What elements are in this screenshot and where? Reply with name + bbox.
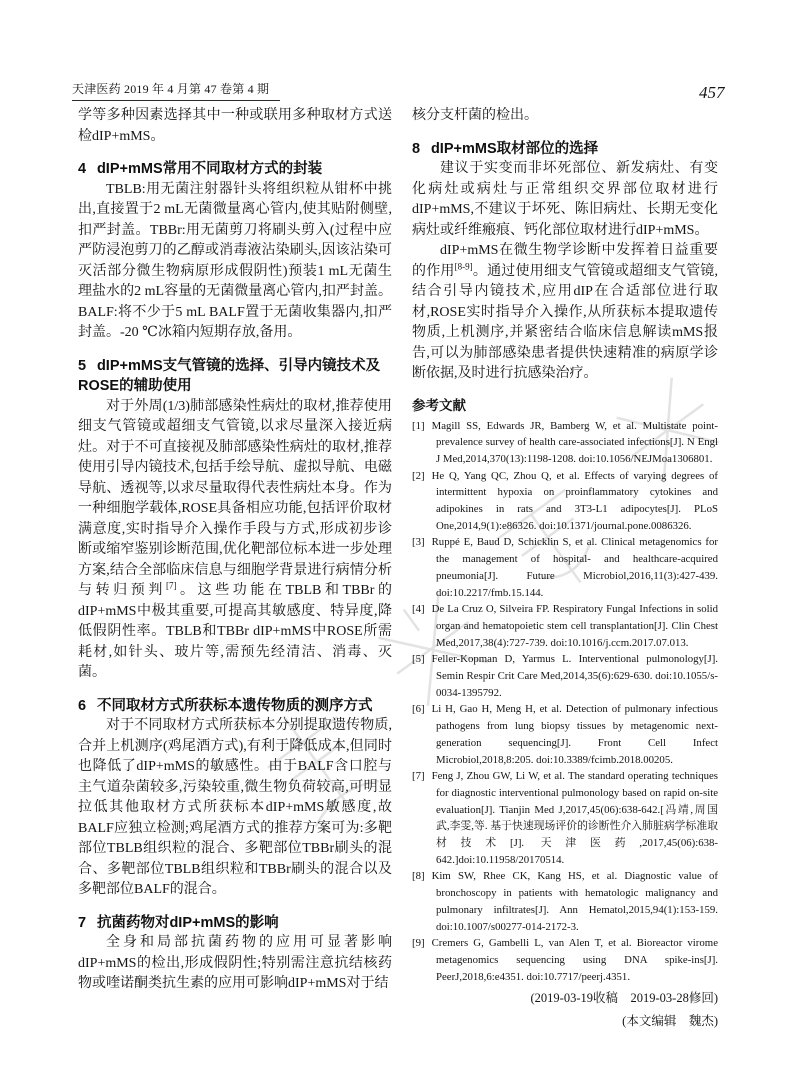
section-8-heading: 8dIP+mMS取材部位的选择 (412, 139, 718, 160)
reference-text: Ruppé E, Baud D, Schicklin S, et al. Cli… (432, 536, 718, 598)
reference-label: [2] (412, 470, 425, 482)
section-5-number: 5 (78, 358, 86, 374)
section-8-number: 8 (412, 141, 420, 157)
reference-label: [4] (412, 603, 425, 615)
reference-label: [7] (412, 770, 425, 782)
reference-item: [7]Feng J, Zhou GW, Li W, et al. The sta… (412, 768, 718, 868)
references-title: 参考文献 (412, 397, 718, 415)
reference-item: [2]He Q, Yang QC, Zhou Q, et al. Effects… (412, 468, 718, 535)
editor-note: (本文编辑 魏杰) (412, 1011, 718, 1031)
right-column: 核分支杆菌的检出。 8dIP+mMS取材部位的选择 建议于实变而非坏死部位、新发… (412, 106, 718, 1031)
reference-text: Feller-Kopman D, Yarmus L. Interventiona… (432, 653, 718, 698)
reference-text: De La Cruz O, Silveira FP. Respiratory F… (432, 603, 718, 648)
reference-label: [1] (412, 420, 425, 432)
section-5-heading: 5dIP+mMS支气管镜的选择、引导内镜技术及ROSE的辅助使用 (78, 356, 392, 397)
section-5-text: 对于外周(1/3)肺部感染性病灶的取材,推荐使用细支气管镜或超细支气管镜,以求尽… (78, 399, 392, 599)
section-6-paragraph: 对于不同取材方式所获标本分别提取遗传物质,合并上机测序(鸡尾酒方式),有利于降低… (78, 716, 392, 901)
reference-text: Feng J, Zhou GW, Li W, et al. The standa… (432, 770, 718, 866)
section-8-paragraph-1: 建议于实变而非坏死部位、新发病灶、有变化病灶或病灶与正常组织交界部位取材进行dI… (412, 159, 718, 241)
journal-header: 天津医药 2019 年 4 月第 47 卷第 4 期 (72, 80, 280, 101)
received-revised-dates: (2019-03-19收稿 2019-03-28修回) (412, 988, 718, 1008)
reference-text: He Q, Yang QC, Zhou Q, et al. Effects of… (432, 470, 718, 532)
reference-text: Cremers G, Gambelli L, van Alen T, et al… (432, 937, 718, 982)
section-8-text-cont: 。通过使用细支气管镜或超细支气管镜,结合引导内镜技术,应用dIP在合适部位进行取… (412, 264, 718, 382)
section-5-paragraph: 对于外周(1/3)肺部感染性病灶的取材,推荐使用细支气管镜或超细支气管镜,以求尽… (78, 397, 392, 684)
section-4-heading: 4dIP+mMS常用不同取材方式的封装 (78, 159, 392, 180)
reference-text: Magill SS, Edwards JR, Bamberg W, et al.… (432, 420, 718, 465)
journal-page: 天津医药 2019 年 4 月第 47 卷第 4 期 457 学等多种因素选择其… (0, 0, 793, 1077)
section-7-heading: 7抗菌药物对dIP+mMS的影响 (78, 913, 392, 934)
section-6-title: 不同取材方式所获标本遗传物质的测序方式 (97, 698, 373, 714)
reference-item: [8]Kim SW, Rhee CK, Kang HS, et al. Diag… (412, 868, 718, 935)
citation-marker-7: [7] (166, 580, 177, 590)
reference-item: [1]Magill SS, Edwards JR, Bamberg W, et … (412, 418, 718, 468)
citation-marker-8-9: [8-9] (455, 261, 473, 271)
section-6-number: 6 (78, 698, 86, 714)
continued-paragraph: 学等多种因素选择其中一种或联用多种取材方式送检dIP+mMS。 (78, 106, 392, 147)
reference-label: [3] (412, 536, 425, 548)
section-7-title: 抗菌药物对dIP+mMS的影响 (97, 915, 279, 931)
reference-label: [8] (412, 870, 425, 882)
section-4-title: dIP+mMS常用不同取材方式的封装 (97, 161, 322, 177)
reference-item: [4]De La Cruz O, Silveira FP. Respirator… (412, 601, 718, 651)
reference-item: [5]Feller-Kopman D, Yarmus L. Interventi… (412, 651, 718, 701)
reference-item: [9]Cremers G, Gambelli L, van Alen T, et… (412, 935, 718, 985)
reference-label: [6] (412, 703, 425, 715)
section-7-paragraph: 全身和局部抗菌药物的应用可显著影响dIP+mMS的检出,形成假阴性;特别需注意抗… (78, 933, 392, 995)
reference-label: [5] (412, 653, 425, 665)
continued-paragraph-right: 核分支杆菌的检出。 (412, 106, 718, 127)
reference-text: Li H, Gao H, Meng H, et al. Detection of… (432, 703, 718, 765)
section-6-heading: 6不同取材方式所获标本遗传物质的测序方式 (78, 696, 392, 717)
reference-item: [6]Li H, Gao H, Meng H, et al. Detection… (412, 701, 718, 768)
section-8-paragraph-2: dIP+mMS在微生物学诊断中发挥着日益重要的作用[8-9]。通过使用细支气管镜… (412, 241, 718, 385)
reference-text: Kim SW, Rhee CK, Kang HS, et al. Diagnos… (432, 870, 718, 932)
section-8-title: dIP+mMS取材部位的选择 (431, 141, 598, 157)
section-7-number: 7 (78, 915, 86, 931)
reference-item: [3]Ruppé E, Baud D, Schicklin S, et al. … (412, 534, 718, 601)
page-number: 457 (699, 83, 725, 103)
section-5-title: dIP+mMS支气管镜的选择、引导内镜技术及ROSE的辅助使用 (78, 358, 380, 395)
reference-label: [9] (412, 937, 425, 949)
left-column: 学等多种因素选择其中一种或联用多种取材方式送检dIP+mMS。 4dIP+mMS… (78, 106, 392, 995)
section-4-number: 4 (78, 161, 86, 177)
section-4-paragraph: TBLB:用无菌注射器针头将组织粒从钳杯中挑出,直接置于2 mL无菌微量离心管内… (78, 180, 392, 344)
